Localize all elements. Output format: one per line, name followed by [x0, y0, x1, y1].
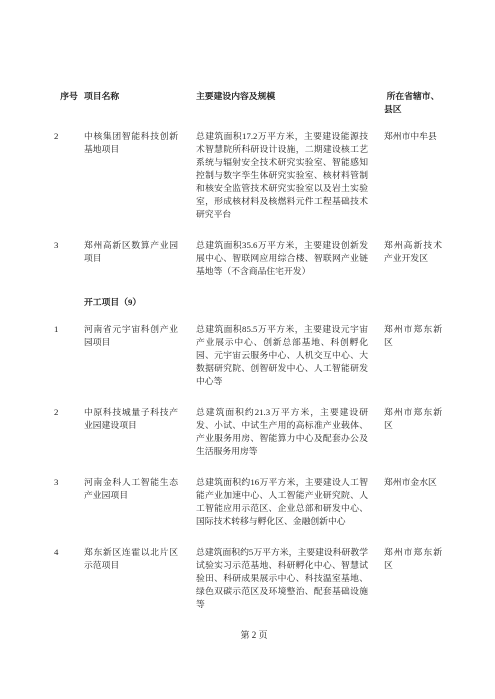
row-seq: 1 [50, 323, 84, 388]
page-number: 第 2 页 [50, 629, 458, 642]
row-project-name: 郑州高新区数算产业园项目 [84, 239, 196, 278]
table-row: 3河南金科人工智能生态产业园项目总建筑面积约16万平方米，主要建设人工智能产业加… [50, 476, 458, 528]
header-construction-content: 主要建设内容及规模 [196, 90, 368, 116]
row-location: 郑州市郑东新区 [368, 323, 442, 388]
row-construction-content: 总建筑面积约5万平方米，主要建设科研教学试验实习示范基地、科研孵化中心、智慧试验… [196, 546, 368, 611]
row-construction-content: 总建筑面积17.2万平方米，主要建设能源技术智慧院所科研设计设施，二期建设核工艺… [196, 130, 368, 221]
table-row: 3郑州高新区数算产业园项目总建筑面积35.6万平方米，主要建设创新发展中心、智联… [50, 239, 458, 278]
row-seq: 2 [50, 130, 84, 221]
header-seq: 序号 [50, 90, 84, 116]
row-seq: 2 [50, 406, 84, 458]
row-seq: 3 [50, 476, 84, 528]
table-row: 2中原科技城量子科技产业园建设项目总建筑面积约21.3万平方米，主要建设研发、小… [50, 406, 458, 458]
row-location: 郑州市郑东新区 [368, 406, 442, 458]
table-row: 1河南省元宇宙科创产业园项目总建筑面积85.5万平方米，主要建设元宇宙产业展示中… [50, 323, 458, 388]
row-location: 郑州市郑东新区 [368, 546, 442, 611]
row-seq: 3 [50, 239, 84, 278]
table-row: 2中核集团智能科技创新基地项目总建筑面积17.2万平方米，主要建设能源技术智慧院… [50, 130, 458, 221]
row-construction-content: 总建筑面积约21.3万平方米，主要建设研发、小试、中试生产用的高标准产业载体、产… [196, 406, 368, 458]
row-seq: 4 [50, 546, 84, 611]
row-construction-content: 总建筑面积约16万平方米，主要建设人工智能产业加速中心、人工智能产业研究院、人工… [196, 476, 368, 528]
row-location: 郑州市中牟县 [368, 130, 442, 221]
row-project-name: 河南金科人工智能生态产业园项目 [84, 476, 196, 528]
header-project-name: 项目名称 [84, 90, 196, 116]
row-project-name: 河南省元宇宙科创产业园项目 [84, 323, 196, 388]
row-project-name: 郑东新区连霍以北片区示范项目 [84, 546, 196, 611]
table-row: 4郑东新区连霍以北片区示范项目总建筑面积约5万平方米，主要建设科研教学试验实习示… [50, 546, 458, 611]
row-project-name: 中核集团智能科技创新基地项目 [84, 130, 196, 221]
section-title: 开工项目（9） [84, 296, 458, 309]
row-construction-content: 总建筑面积35.6万平方米，主要建设创新发展中心、智联网应用综合楼、智联网产业链… [196, 239, 368, 278]
row-construction-content: 总建筑面积85.5万平方米，主要建设元宇宙产业展示中心、创新总部基地、科创孵化园… [196, 323, 368, 388]
row-location: 郑州高新技术产业开发区 [368, 239, 442, 278]
document-page: 序号 项目名称 主要建设内容及规模 所在省辖市、县区 2中核集团智能科技创新基地… [0, 0, 495, 699]
row-project-name: 中原科技城量子科技产业园建设项目 [84, 406, 196, 458]
header-location: 所在省辖市、县区 [368, 90, 442, 116]
table-body: 2中核集团智能科技创新基地项目总建筑面积17.2万平方米，主要建设能源技术智慧院… [50, 130, 458, 611]
row-location: 郑州市金水区 [368, 476, 442, 528]
table-header-row: 序号 项目名称 主要建设内容及规模 所在省辖市、县区 [50, 90, 458, 116]
